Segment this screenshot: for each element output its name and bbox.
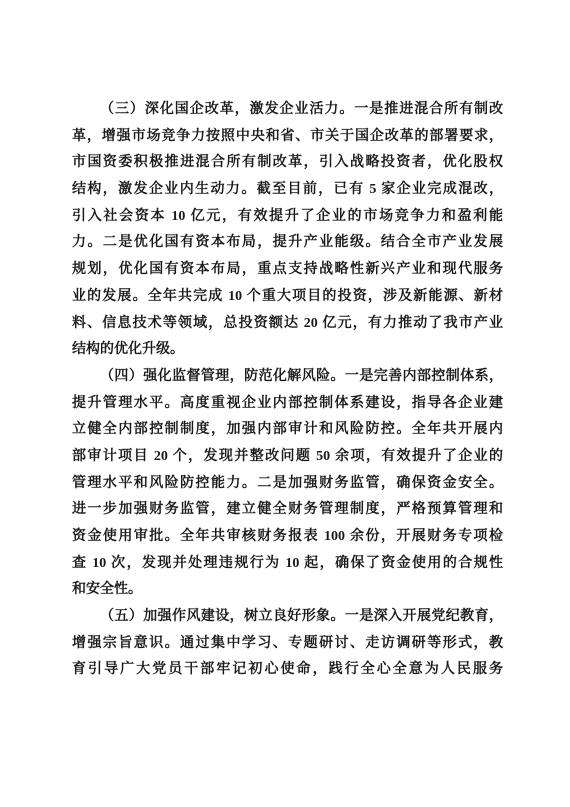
text-line: 革，增强市场竞争力按照中央和省、市关于国企改革的部署要求，: [72, 124, 503, 151]
text-line: 引入社会资本 10 亿元，有效提升了企业的市场竞争力和盈利能: [72, 204, 503, 231]
text-line: 提升管理水平。高度重视企业内部控制体系建设，指导各企业建: [72, 391, 503, 418]
document-body: （三）深化国企改革，激发企业活力。一是推进混合所有制改革，增强市场竞争力按照中央…: [72, 97, 503, 684]
text-line: 进一步加强财务监管，建立健全财务管理制度，严格预算管理和: [72, 497, 503, 524]
text-line: 料、信息技术等领域，总投资额达 20 亿元，有力推动了我市产业: [72, 311, 503, 338]
text-line: 力。二是优化国有资本布局，提升产业能级。结合全市产业发展: [72, 230, 503, 257]
text-line: 结构的优化升级。: [72, 337, 503, 364]
text-line: 育引导广大党员干部牢记初心使命，践行全心全意为人民服务: [72, 657, 503, 684]
text-line: 增强宗旨意识。通过集中学习、专题研讨、走访调研等形式，教: [72, 631, 503, 658]
text-line: 资金使用审批。全年共审核财务报表 100 余份，开展财务专项检: [72, 524, 503, 551]
text-line: 管理水平和风险防控能力。二是加强财务监管，确保资金安全。: [72, 471, 503, 498]
document-page: （三）深化国企改革，激发企业活力。一是推进混合所有制改革，增强市场竞争力按照中央…: [0, 0, 570, 807]
text-line: 规划，优化国有资本布局，重点支持战略性新兴产业和现代服务: [72, 257, 503, 284]
text-line: 和安全性。: [72, 577, 503, 604]
text-line: （三）深化国企改革，激发企业活力。一是推进混合所有制改: [72, 97, 503, 124]
text-line: 市国资委积极推进混合所有制改革，引入战略投资者，优化股权: [72, 150, 503, 177]
text-line: （四）强化监督管理，防范化解风险。一是完善内部控制体系，: [72, 364, 503, 391]
text-line: 业的发展。全年共完成 10 个重大项目的投资，涉及新能源、新材: [72, 284, 503, 311]
text-line: 部审计项目 20 个，发现并整改问题 50 余项，有效提升了企业的: [72, 444, 503, 471]
text-line: 结构，激发企业内生动力。截至目前，已有 5 家企业完成混改，: [72, 177, 503, 204]
text-line: （五）加强作风建设，树立良好形象。一是深入开展党纪教育，: [72, 604, 503, 631]
text-line: 查 10 次，发现并处理违规行为 10 起，确保了资金使用的合规性: [72, 551, 503, 578]
text-line: 立健全内部控制制度，加强内部审计和风险防控。全年共开展内: [72, 417, 503, 444]
